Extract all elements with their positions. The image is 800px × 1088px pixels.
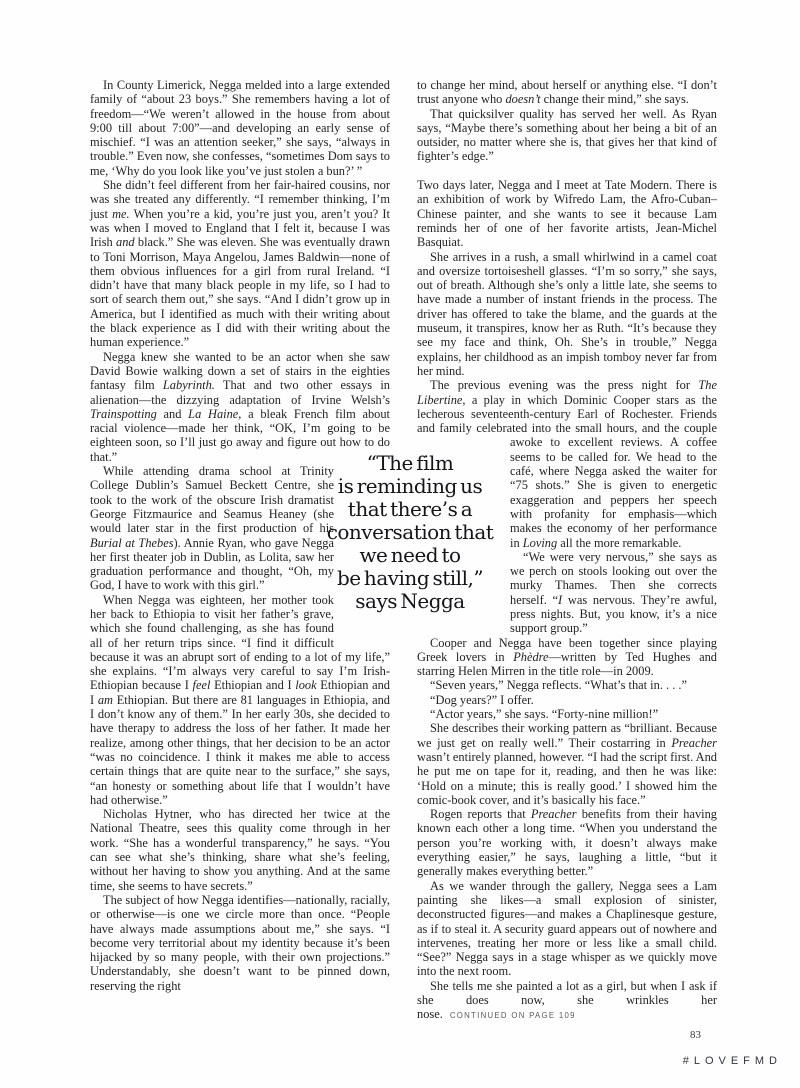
paragraph: Rogen reports that Preacher benefits fro… (417, 807, 717, 878)
continued-note: CONTINUED ON PAGE 109 (450, 1011, 576, 1020)
paragraph: That quicksilver quality has served her … (417, 107, 717, 164)
paragraph: Two days later, Negga and I meet at Tate… (417, 178, 717, 249)
paragraph: “Actor years,” she says. “Forty-nine mil… (417, 707, 717, 721)
footer-hashtag: #LOVEFMD (683, 1055, 782, 1067)
pull-quote: “The filmis reminding usthat there’s aco… (326, 452, 494, 613)
pull-quote-line: be having still,” (326, 567, 494, 590)
paragraph: In County Limerick, Negga melded into a … (90, 78, 390, 178)
pull-quote-line: conversation that (326, 521, 494, 544)
paragraph: She describes their working pattern as “… (417, 721, 717, 807)
paragraph: to change her mind, about herself or any… (417, 78, 717, 107)
paragraph: She tells me she painted a lot as a girl… (417, 979, 717, 1024)
paragraph: Cooper and Negga have been together sinc… (417, 636, 717, 679)
paragraph: She didn’t feel different from her fair-… (90, 178, 390, 350)
paragraph: She arrives in a rush, a small whirlwind… (417, 250, 717, 379)
paragraph: The subject of how Negga identifies—nati… (90, 893, 390, 993)
paragraph: Nicholas Hytner, who has directed her tw… (90, 807, 390, 893)
page-number: 83 (690, 1029, 701, 1041)
paragraph: “Seven years,” Negga reflects. “What’s t… (417, 678, 717, 692)
paragraph: “Dog years?” I offer. (417, 693, 717, 707)
paragraph: As we wander through the gallery, Negga … (417, 879, 717, 979)
pull-quote-line: says Negga (326, 590, 494, 613)
pull-quote-line: we need to (326, 544, 494, 567)
pull-quote-line: “The film (326, 452, 494, 475)
paragraph: Negga knew she wanted to be an actor whe… (90, 350, 390, 464)
magazine-page: In County Limerick, Negga melded into a … (0, 0, 800, 1088)
pull-quote-line: is reminding us (326, 475, 494, 498)
pull-quote-line: that there’s a (326, 498, 494, 521)
